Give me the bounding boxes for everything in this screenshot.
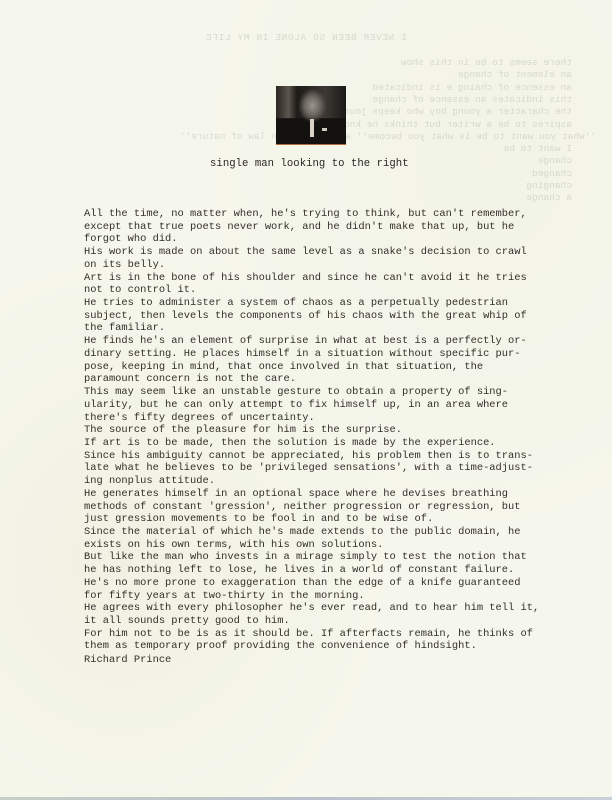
body-line: forgot who did. <box>84 233 584 246</box>
body-line: them as temporary proof providing the co… <box>84 640 584 653</box>
author-signature: Richard Prince <box>84 654 171 666</box>
body-line: except that true poets never work, and h… <box>84 221 584 234</box>
bleed-line: change <box>538 155 572 167</box>
bleed-title: I NEVER BEEN SO ALONE IN MY LIFE <box>205 32 407 44</box>
document-page: I NEVER BEEN SO ALONE IN MY LIFE there s… <box>0 0 612 800</box>
body-line: exists on his own terms, with his own so… <box>84 539 584 552</box>
body-line: He tries to administer a system of chaos… <box>84 297 584 310</box>
body-line: paramount concern is not the care. <box>84 373 584 386</box>
body-line: ing nonplus attitude. <box>84 475 584 488</box>
bleed-line: the character a young boy who keeps jour… <box>321 106 572 118</box>
body-line: All the time, no matter when, he's tryin… <box>84 208 584 221</box>
body-line: Since his ambiguity cannot be appreciate… <box>84 450 584 463</box>
body-line: dinary setting. He places himself in a s… <box>84 348 584 361</box>
bleed-line: this indicates an essence of change <box>372 94 572 106</box>
bleed-line: changing <box>526 180 572 192</box>
body-line: But like the man who invests in a mirage… <box>84 551 584 564</box>
bleed-line: an element of change <box>458 69 572 81</box>
photo-tie-detail <box>310 119 314 137</box>
bleed-line: a change <box>526 192 572 204</box>
bleed-line: ''what you want to be is what you become… <box>180 131 596 143</box>
body-line: For him not to be is as it should be. If… <box>84 628 584 641</box>
body-text: All the time, no matter when, he's tryin… <box>84 208 584 653</box>
body-line: He generates himself in an optional spac… <box>84 488 584 501</box>
body-line: ularity, but he can only attempt to fix … <box>84 399 584 412</box>
body-line: subject, then levels the components of h… <box>84 310 584 323</box>
body-line: His work is made on about the same level… <box>84 246 584 259</box>
body-line: on its belly. <box>84 259 584 272</box>
body-line: He's no more prone to exaggeration than … <box>84 577 584 590</box>
body-line: This may seem like an unstable gesture t… <box>84 386 584 399</box>
body-line: Since the material of which he's made ex… <box>84 526 584 539</box>
photo-pocket-square-detail <box>322 128 327 131</box>
body-line: he has nothing left to lose, he lives in… <box>84 564 584 577</box>
body-line: for fifty years at two-thirty in the mor… <box>84 590 584 603</box>
body-line: just gression movements to be fool in an… <box>84 513 584 526</box>
body-line: there's fifty degrees of uncertainty. <box>84 412 584 425</box>
body-line: the familiar. <box>84 322 584 335</box>
bleed-line: there seems to be in this show <box>401 57 572 69</box>
body-line: The source of the pleasure for him is th… <box>84 424 584 437</box>
body-line: it all sounds pretty good to him. <box>84 615 584 628</box>
photo-man-in-suit <box>276 86 346 145</box>
body-line: If art is to be made, then the solution … <box>84 437 584 450</box>
body-line: methods of constant 'gression', neither … <box>84 501 584 514</box>
bleed-line: I want to be <box>504 143 572 155</box>
body-line: not to control it. <box>84 284 584 297</box>
bleed-line: an essence of chaing e is indicated <box>372 82 572 94</box>
body-line: Art is in the bone of his shoulder and s… <box>84 272 584 285</box>
body-line: He agrees with every philosopher he's ev… <box>84 602 584 615</box>
bleed-line: changed <box>532 168 572 180</box>
body-line: He finds he's an element of surprise in … <box>84 335 584 348</box>
photo-caption: single man looking to the right <box>210 158 409 170</box>
body-line: late what he believes to be 'privileged … <box>84 462 584 475</box>
body-line: pose, keeping in mind, that once involve… <box>84 361 584 374</box>
